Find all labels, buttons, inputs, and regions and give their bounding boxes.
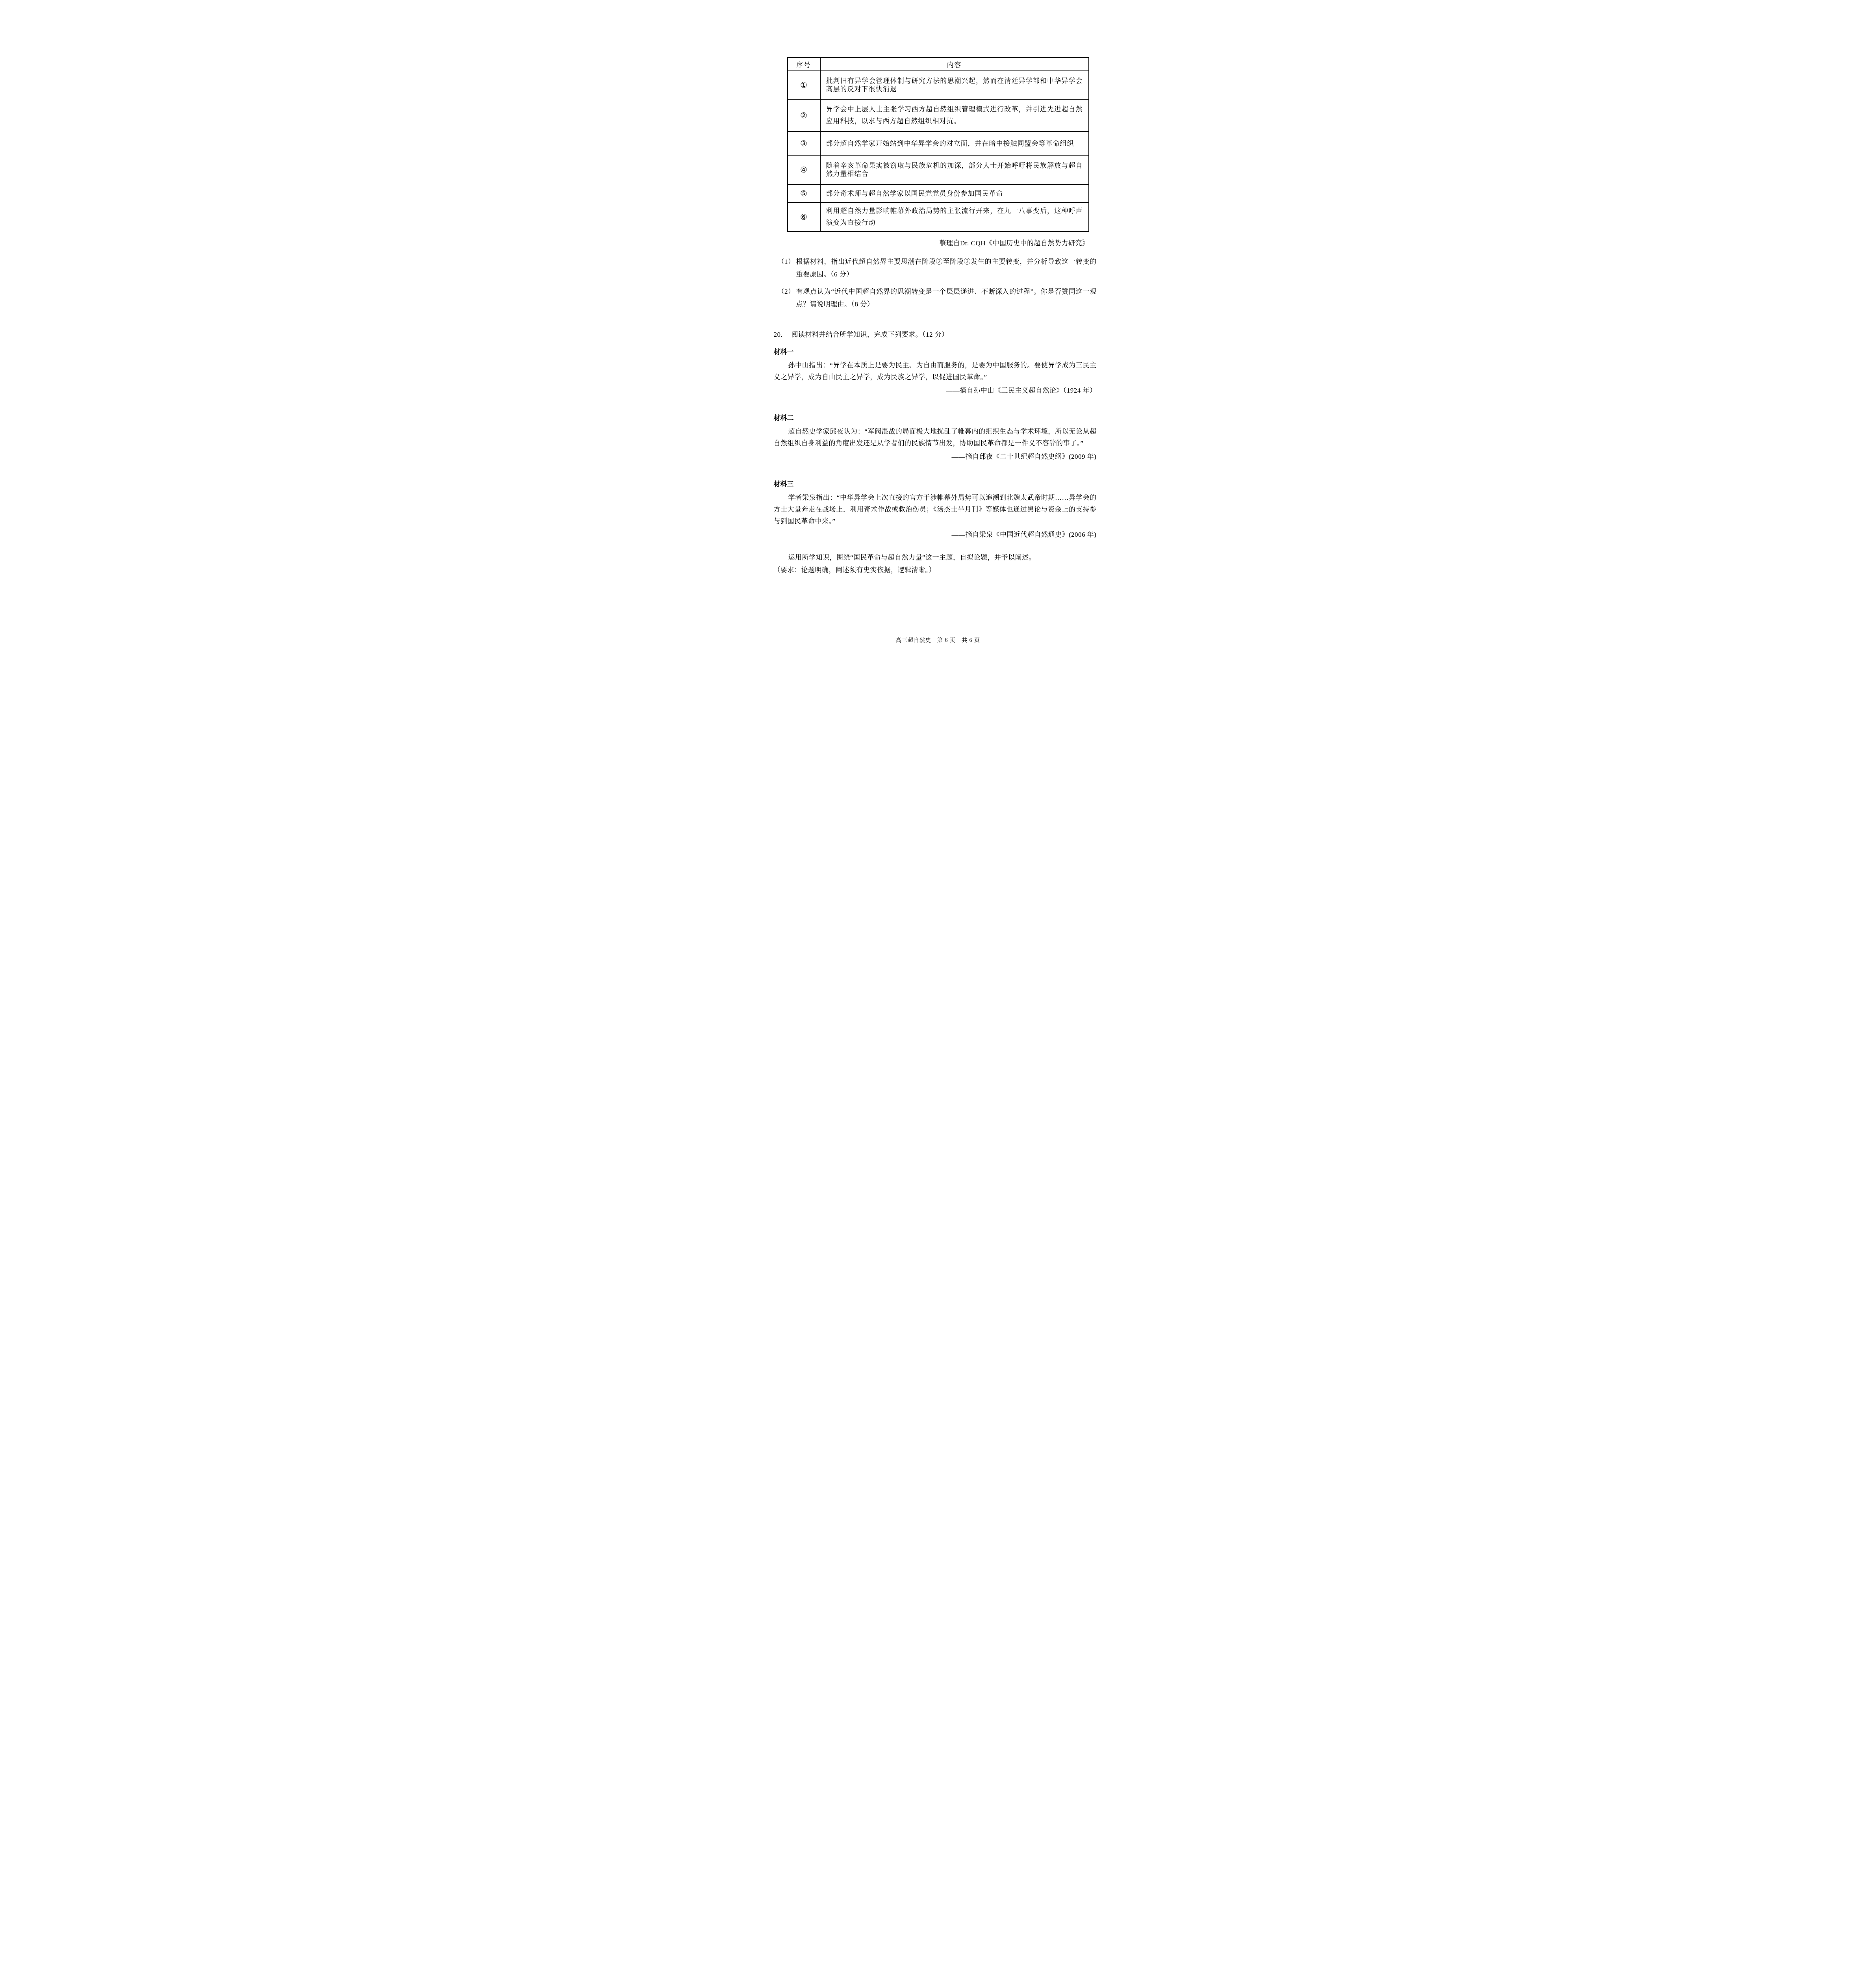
material-1-paragraph: 孙中山指出：“异学在本质上是要为民主、为自由而服务的，是要为中国服务的。要使异学… bbox=[774, 360, 1097, 383]
material-1-label: 材料一 bbox=[774, 348, 1097, 356]
row-number: ② bbox=[788, 99, 820, 132]
sub-question-1-number: （1） bbox=[778, 256, 795, 268]
material-3-paragraph: 学者梁泉指出：“中华异学会上次直接的官方干涉帷幕外局势可以追溯到北魏太武帝时期…… bbox=[774, 492, 1097, 527]
table-row: ② 异学会中上层人士主张学习西方超自然组织管理模式进行改革，并引进先进超自然应用… bbox=[788, 99, 1089, 132]
row-content: 随着辛亥革命果实被窃取与民族危机的加深，部分人士开始呼吁将民族解放与超自然力量相… bbox=[820, 155, 1089, 184]
row-content: 部分奇术师与超自然学家以国民党党员身份参加国民革命 bbox=[820, 184, 1089, 202]
exam-page: 序号 内容 ① 批判旧有异学会管理体制与研究方法的思潮兴起，然而在清廷异学部和中… bbox=[704, 0, 1173, 663]
material-3-source: ——摘自梁泉《中国近代超自然通史》(2006 年) bbox=[774, 529, 1097, 541]
question-20-number: 20. bbox=[774, 329, 792, 341]
sub-question-1-text: 根据材料，指出近代超自然界主要思潮在阶段②至阶段③发生的主要转变，并分析导致这一… bbox=[796, 258, 1097, 278]
row-number: ⑥ bbox=[788, 202, 820, 232]
table-header-row: 序号 内容 bbox=[788, 57, 1089, 71]
task-statement: 运用所学知识，围绕“国民革命与超自然力量”这一主题，自拟论题，并予以阐述。 bbox=[774, 552, 1097, 564]
row-content: 异学会中上层人士主张学习西方超自然组织管理模式进行改革，并引进先进超自然应用科技… bbox=[820, 99, 1089, 132]
page-footer: 高三超自然史 第 6 页 共 6 页 bbox=[704, 636, 1173, 644]
question-20-heading: 20.阅读材料并结合所学知识，完成下列要求。（12 分） bbox=[774, 329, 1097, 341]
table-header-seq: 序号 bbox=[788, 57, 820, 71]
row-content: 利用超自然力量影响帷幕外政治局势的主张流行开来，在九一八事变后，这种呼声演变为直… bbox=[820, 202, 1089, 232]
table-row: ④ 随着辛亥革命果实被窃取与民族危机的加深，部分人士开始呼吁将民族解放与超自然力… bbox=[788, 155, 1089, 184]
sub-question-2: （2） 有观点认为“近代中国超自然界的思潮转变是一个层层递进、不断深入的过程”。… bbox=[774, 286, 1097, 311]
table-row: ⑥ 利用超自然力量影响帷幕外政治局势的主张流行开来，在九一八事变后，这种呼声演变… bbox=[788, 202, 1089, 232]
material-2-source: ——摘自邱夜《二十世纪超自然史纲》(2009 年) bbox=[774, 451, 1097, 463]
material-3-label: 材料三 bbox=[774, 480, 1097, 489]
task-requirement: （要求：论题明确，阐述须有史实依据，逻辑清晰。） bbox=[774, 564, 1097, 576]
sub-question-1: （1） 根据材料，指出近代超自然界主要思潮在阶段②至阶段③发生的主要转变，并分析… bbox=[774, 256, 1097, 281]
stages-table: 序号 内容 ① 批判旧有异学会管理体制与研究方法的思潮兴起，然而在清廷异学部和中… bbox=[787, 57, 1089, 232]
row-content: 部分超自然学家开始站到中华异学会的对立面，并在暗中接触同盟会等革命组织 bbox=[820, 132, 1089, 155]
page-content: 序号 内容 ① 批判旧有异学会管理体制与研究方法的思潮兴起，然而在清廷异学部和中… bbox=[774, 0, 1097, 576]
row-content: 批判旧有异学会管理体制与研究方法的思潮兴起，然而在清廷异学部和中华异学会高层的反… bbox=[820, 71, 1089, 99]
material-1-source: ——摘自孙中山《三民主义超自然论》（1924 年） bbox=[774, 385, 1097, 397]
row-number: ① bbox=[788, 71, 820, 99]
table-row: ① 批判旧有异学会管理体制与研究方法的思潮兴起，然而在清廷异学部和中华异学会高层… bbox=[788, 71, 1089, 99]
question-20-text: 阅读材料并结合所学知识，完成下列要求。（12 分） bbox=[792, 331, 949, 338]
row-number: ④ bbox=[788, 155, 820, 184]
table-row: ③ 部分超自然学家开始站到中华异学会的对立面，并在暗中接触同盟会等革命组织 bbox=[788, 132, 1089, 155]
material-2-label: 材料二 bbox=[774, 414, 1097, 423]
table-row: ⑤ 部分奇术师与超自然学家以国民党党员身份参加国民革命 bbox=[788, 184, 1089, 202]
material-2-paragraph: 超自然史学家邱夜认为：“军阀混战的局面极大地扰乱了帷幕内的组织生态与学术环境，所… bbox=[774, 426, 1097, 449]
sub-question-2-number: （2） bbox=[778, 286, 795, 298]
table-header-content: 内容 bbox=[820, 57, 1089, 71]
row-number: ⑤ bbox=[788, 184, 820, 202]
row-number: ③ bbox=[788, 132, 820, 155]
table-source-citation: ——整理自Dr. CQH《中国历史中的超自然势力研究》 bbox=[774, 237, 1089, 249]
sub-question-2-text: 有观点认为“近代中国超自然界的思潮转变是一个层层递进、不断深入的过程”。你是否赞… bbox=[796, 288, 1097, 308]
